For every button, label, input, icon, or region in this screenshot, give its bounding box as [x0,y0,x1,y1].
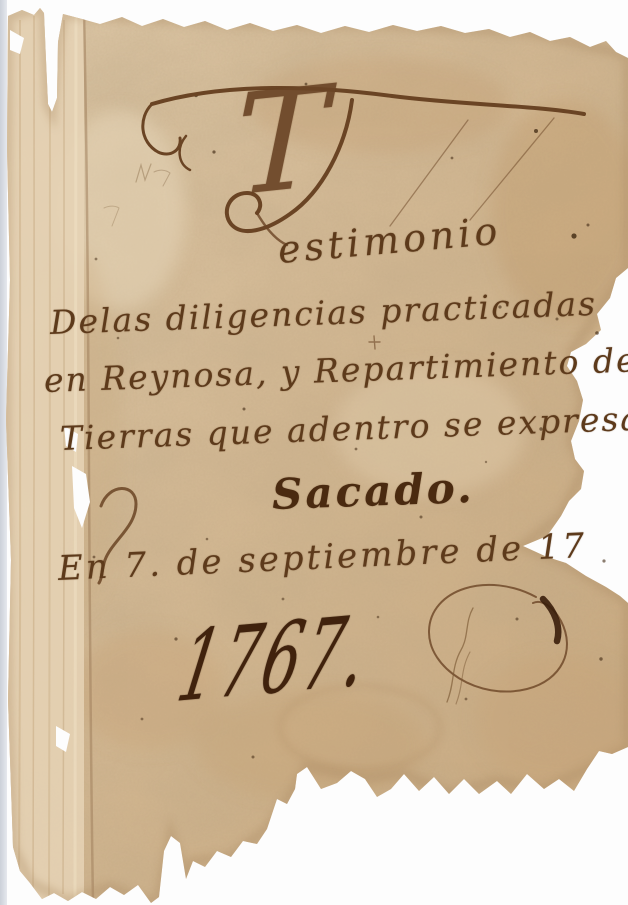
manuscript-scan: T estimonio Delas diligencias practicada… [0,0,628,905]
year-figure: 1767. [170,594,381,725]
section-word: Sacado. [271,463,475,519]
title-initial-letter: T [235,56,329,228]
